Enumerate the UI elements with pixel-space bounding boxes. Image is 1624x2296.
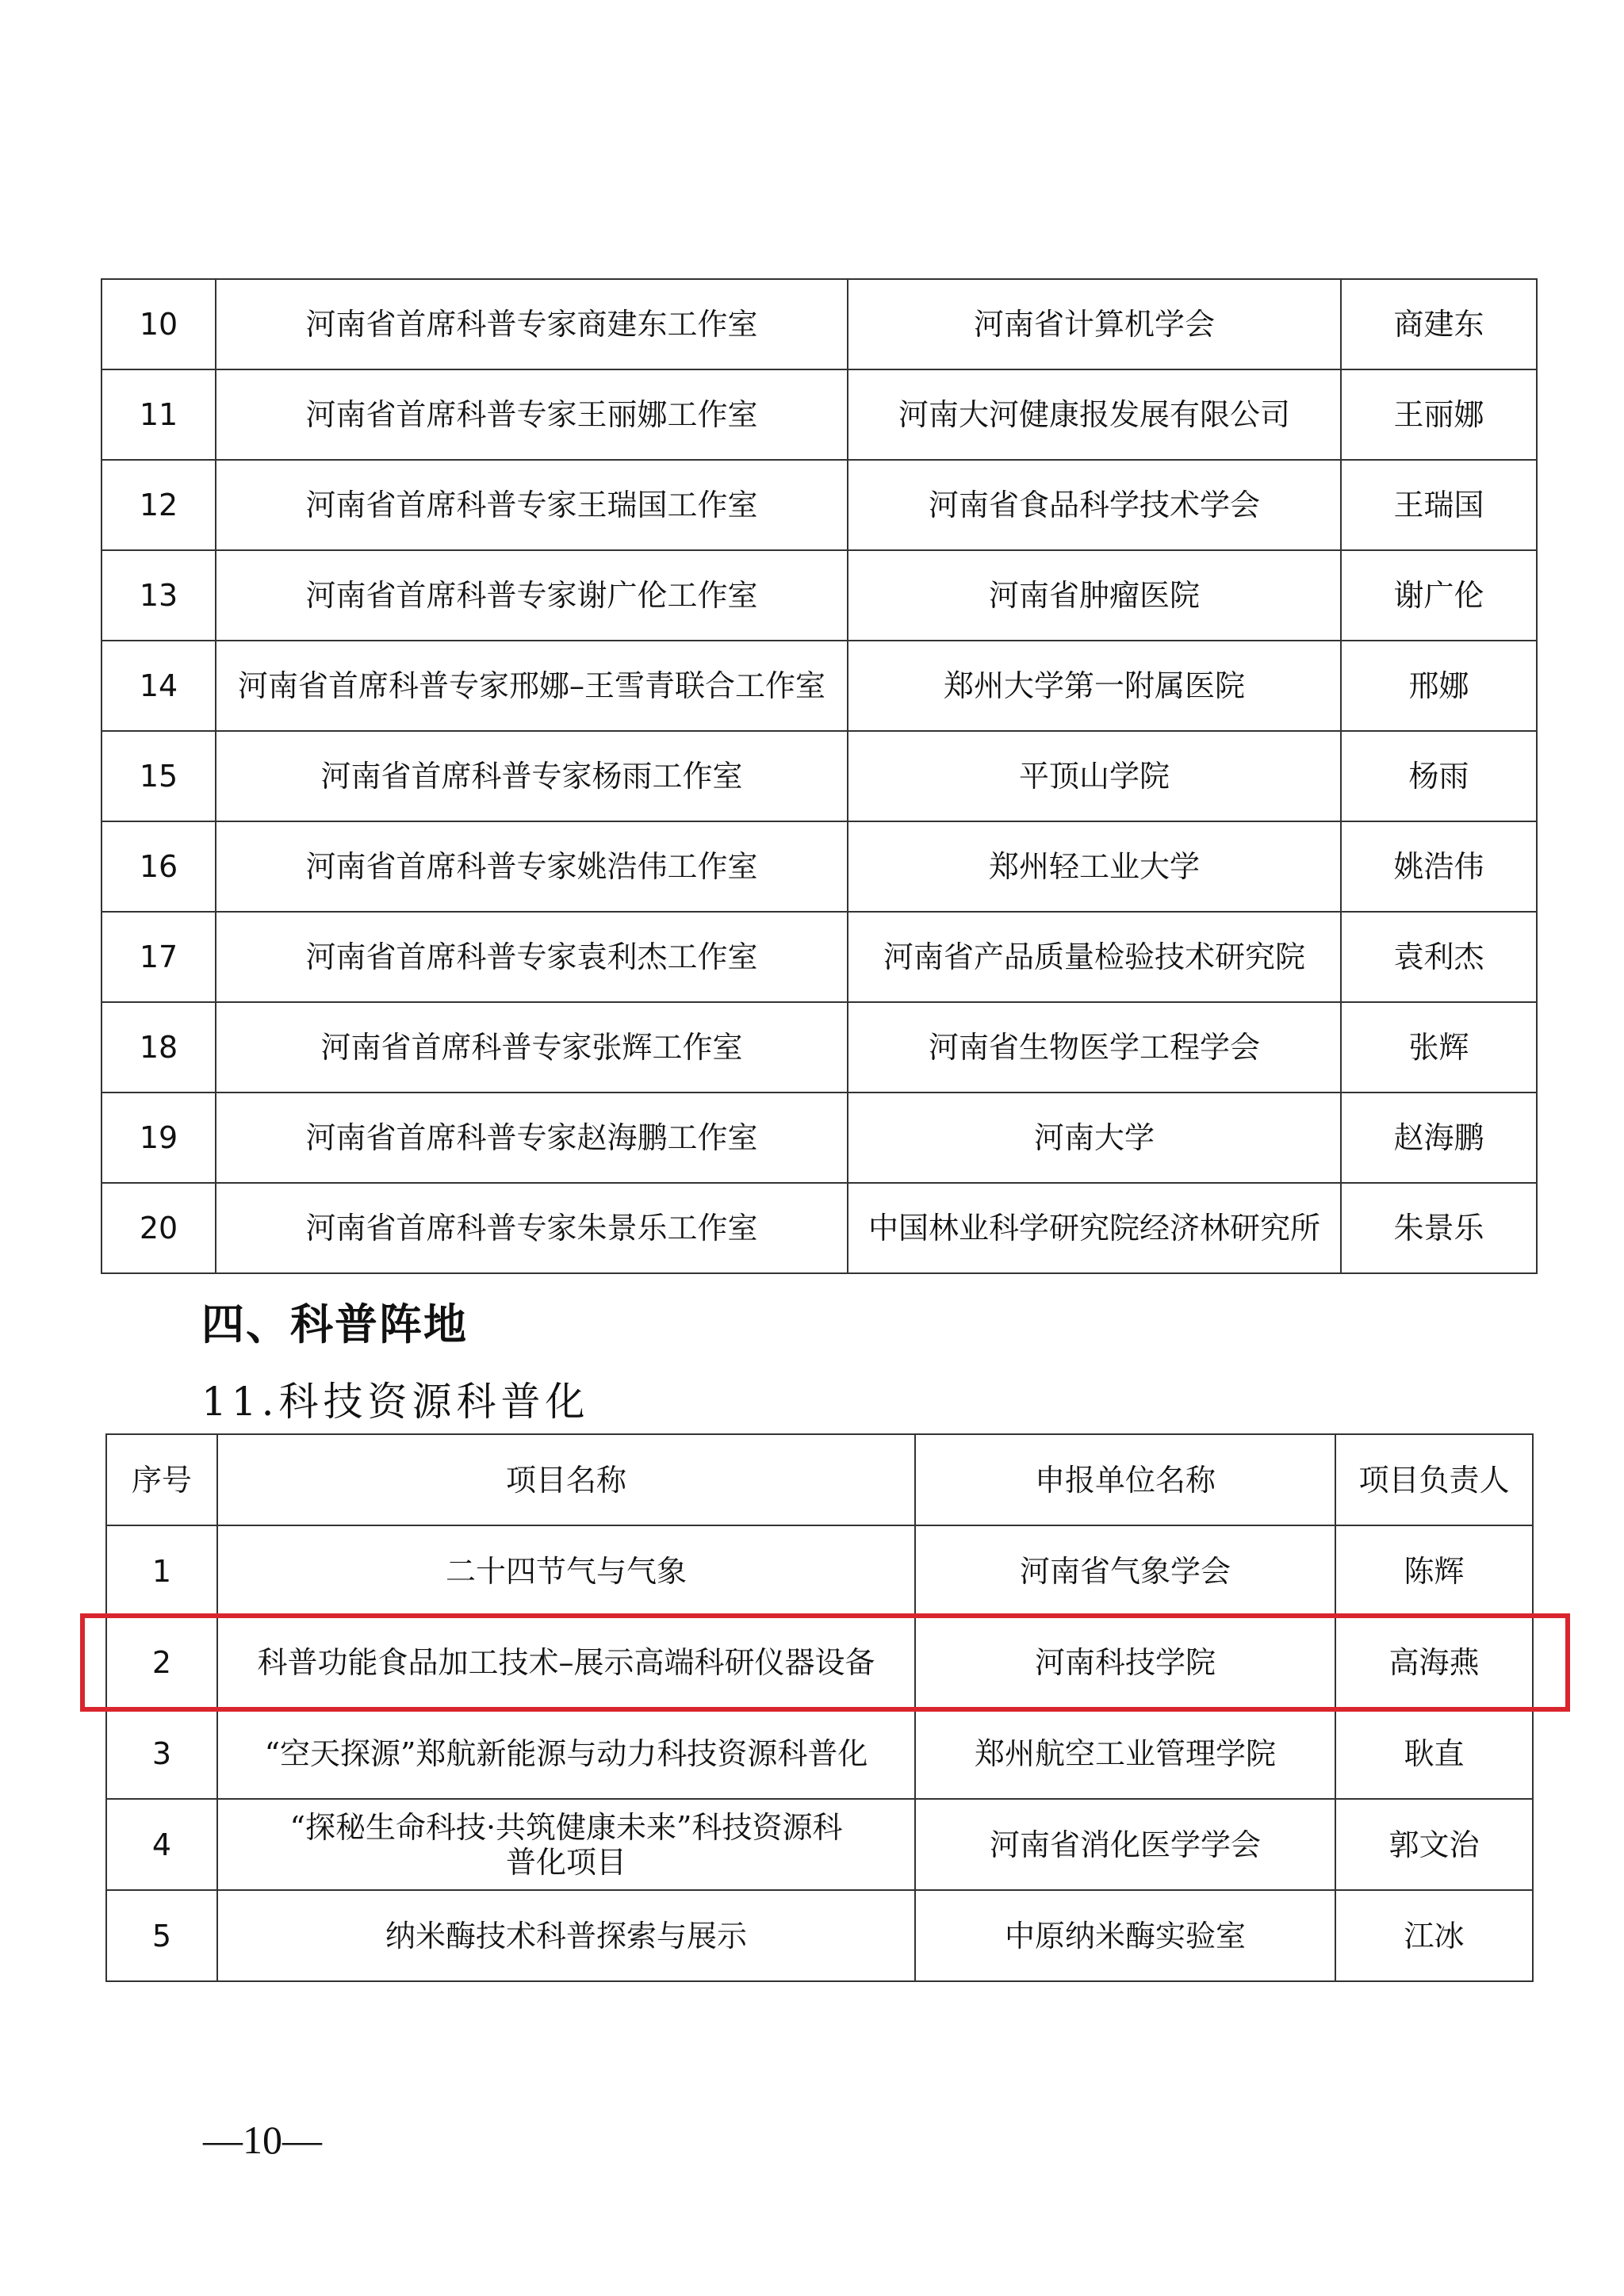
studio-name: 河南省首席科普专家张辉工作室 — [216, 1002, 848, 1093]
project-name: “空天探源”郑航新能源与动力科技资源科普化 — [217, 1708, 915, 1799]
unit-name: 河南大学 — [848, 1093, 1341, 1183]
studio-name: 河南省首席科普专家姚浩伟工作室 — [216, 821, 848, 912]
studio-name: 河南省首席科普专家袁利杰工作室 — [216, 912, 848, 1002]
table-row-highlighted: 2科普功能食品加工技术–展示高端科研仪器设备河南科技学院高海燕 — [106, 1617, 1533, 1708]
table-row: 13河南省首席科普专家谢广伦工作室河南省肿瘤医院谢广伦 — [101, 550, 1537, 641]
row-number: 19 — [101, 1093, 216, 1183]
table-row: 11河南省首席科普专家王丽娜工作室河南大河健康报发展有限公司王丽娜 — [101, 369, 1537, 460]
person-name: 郭文治 — [1335, 1799, 1533, 1890]
table-row: 18河南省首席科普专家张辉工作室河南省生物医学工程学会张辉 — [101, 1002, 1537, 1093]
person-name: 王丽娜 — [1341, 369, 1537, 460]
resource-project-table: 序号项目名称申报单位名称项目负责人 1二十四节气与气象河南省气象学会陈辉 2科普… — [105, 1433, 1534, 1982]
row-number: 16 — [101, 821, 216, 912]
studio-name: 河南省首席科普专家王瑞国工作室 — [216, 460, 848, 550]
person-name: 张辉 — [1341, 1002, 1537, 1093]
header-name: 项目名称 — [217, 1434, 915, 1525]
person-name: 邢娜 — [1341, 641, 1537, 731]
unit-name: 郑州航空工业管理学院 — [915, 1708, 1335, 1799]
unit-name: 河南大河健康报发展有限公司 — [848, 369, 1341, 460]
table-row: 14河南省首席科普专家邢娜–王雪青联合工作室郑州大学第一附属医院邢娜 — [101, 641, 1537, 731]
table-row: 12河南省首席科普专家王瑞国工作室河南省食品科学技术学会王瑞国 — [101, 460, 1537, 550]
studio-name: 河南省首席科普专家王丽娜工作室 — [216, 369, 848, 460]
row-number: 5 — [106, 1890, 217, 1981]
row-number: 14 — [101, 641, 216, 731]
person-name: 江冰 — [1335, 1890, 1533, 1981]
table-row: 10河南省首席科普专家商建东工作室河南省计算机学会商建东 — [101, 279, 1537, 369]
expert-studio-table: 10河南省首席科普专家商建东工作室河南省计算机学会商建东 11河南省首席科普专家… — [101, 278, 1538, 1274]
row-number: 10 — [101, 279, 216, 369]
unit-name: 河南省食品科学技术学会 — [848, 460, 1341, 550]
row-number: 1 — [106, 1525, 217, 1617]
person-name: 陈辉 — [1335, 1525, 1533, 1617]
header-person: 项目负责人 — [1335, 1434, 1533, 1525]
person-name: 杨雨 — [1341, 731, 1537, 821]
person-name: 商建东 — [1341, 279, 1537, 369]
table-row: 19河南省首席科普专家赵海鹏工作室河南大学赵海鹏 — [101, 1093, 1537, 1183]
header-no: 序号 — [106, 1434, 217, 1525]
studio-name: 河南省首席科普专家邢娜–王雪青联合工作室 — [216, 641, 848, 731]
person-name: 赵海鹏 — [1341, 1093, 1537, 1183]
unit-name: 河南省肿瘤医院 — [848, 550, 1341, 641]
studio-name: 河南省首席科普专家谢广伦工作室 — [216, 550, 848, 641]
unit-name: 河南省产品质量检验技术研究院 — [848, 912, 1341, 1002]
table-row: 3“空天探源”郑航新能源与动力科技资源科普化郑州航空工业管理学院耿直 — [106, 1708, 1533, 1799]
subsection-heading: 11.科技资源科普化 — [201, 1370, 590, 1427]
studio-name: 河南省首席科普专家杨雨工作室 — [216, 731, 848, 821]
studio-name: 河南省首席科普专家商建东工作室 — [216, 279, 848, 369]
person-name: 王瑞国 — [1341, 460, 1537, 550]
row-number: 4 — [106, 1799, 217, 1890]
unit-name: 河南省消化医学学会 — [915, 1799, 1335, 1890]
table-row: 1二十四节气与气象河南省气象学会陈辉 — [106, 1525, 1533, 1617]
table-row: 20河南省首席科普专家朱景乐工作室中国林业科学研究院经济林研究所朱景乐 — [101, 1183, 1537, 1273]
row-number: 17 — [101, 912, 216, 1002]
table-row: 4“探秘生命科技·共筑健康未来”科技资源科普化项目河南省消化医学学会郭文治 — [106, 1799, 1533, 1890]
row-number: 12 — [101, 460, 216, 550]
row-number: 15 — [101, 731, 216, 821]
unit-name: 河南省生物医学工程学会 — [848, 1002, 1341, 1093]
table-row: 15河南省首席科普专家杨雨工作室平顶山学院杨雨 — [101, 731, 1537, 821]
person-name: 谢广伦 — [1341, 550, 1537, 641]
studio-name: 河南省首席科普专家赵海鹏工作室 — [216, 1093, 848, 1183]
section-heading: 四、科普阵地 — [201, 1291, 468, 1352]
unit-name: 河南省气象学会 — [915, 1525, 1335, 1617]
unit-name: 中国林业科学研究院经济林研究所 — [848, 1183, 1341, 1273]
unit-name: 河南省计算机学会 — [848, 279, 1341, 369]
unit-name: 郑州轻工业大学 — [848, 821, 1341, 912]
row-number: 20 — [101, 1183, 216, 1273]
unit-name: 中原纳米酶实验室 — [915, 1890, 1335, 1981]
person-name: 高海燕 — [1335, 1617, 1533, 1708]
table-row: 17河南省首席科普专家袁利杰工作室河南省产品质量检验技术研究院袁利杰 — [101, 912, 1537, 1002]
table-row: 16河南省首席科普专家姚浩伟工作室郑州轻工业大学姚浩伟 — [101, 821, 1537, 912]
row-number: 3 — [106, 1708, 217, 1799]
unit-name: 河南科技学院 — [915, 1617, 1335, 1708]
row-number: 18 — [101, 1002, 216, 1093]
unit-name: 平顶山学院 — [848, 731, 1341, 821]
person-name: 姚浩伟 — [1341, 821, 1537, 912]
table-header-row: 序号项目名称申报单位名称项目负责人 — [106, 1434, 1533, 1525]
project-name: 纳米酶技术科普探索与展示 — [217, 1890, 915, 1981]
project-name: 二十四节气与气象 — [217, 1525, 915, 1617]
page-number: —10— — [203, 2117, 322, 2163]
table-row: 5纳米酶技术科普探索与展示中原纳米酶实验室江冰 — [106, 1890, 1533, 1981]
person-name: 朱景乐 — [1341, 1183, 1537, 1273]
row-number: 13 — [101, 550, 216, 641]
studio-name: 河南省首席科普专家朱景乐工作室 — [216, 1183, 848, 1273]
project-name: 科普功能食品加工技术–展示高端科研仪器设备 — [217, 1617, 915, 1708]
header-unit: 申报单位名称 — [915, 1434, 1335, 1525]
unit-name: 郑州大学第一附属医院 — [848, 641, 1341, 731]
row-number: 11 — [101, 369, 216, 460]
person-name: 耿直 — [1335, 1708, 1533, 1799]
person-name: 袁利杰 — [1341, 912, 1537, 1002]
project-name: “探秘生命科技·共筑健康未来”科技资源科普化项目 — [217, 1799, 915, 1890]
row-number: 2 — [106, 1617, 217, 1708]
